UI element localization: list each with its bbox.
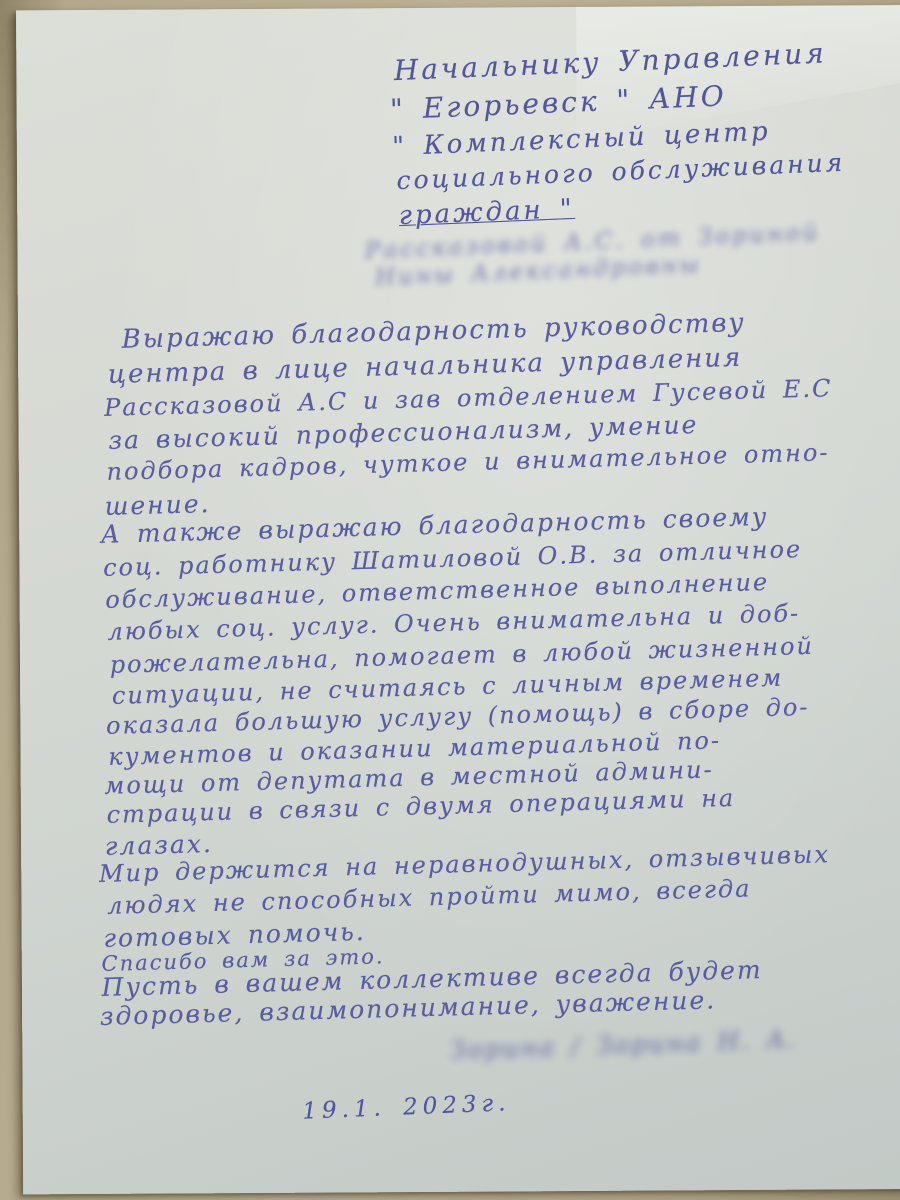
letter-date: 19.1. 2023г. <box>302 1090 511 1125</box>
body-line: шение. <box>104 489 211 521</box>
paper-sheet: Начальнику Управления " Егорьевск " АНО … <box>16 5 900 1194</box>
signature-blurred: Зорина / Зорина Н. А. <box>450 1025 798 1065</box>
letter-header-line: граждан " <box>398 194 575 231</box>
body-line: глазах. <box>104 829 213 861</box>
photo-of-letter: Начальнику Управления " Егорьевск " АНО … <box>0 0 900 1200</box>
